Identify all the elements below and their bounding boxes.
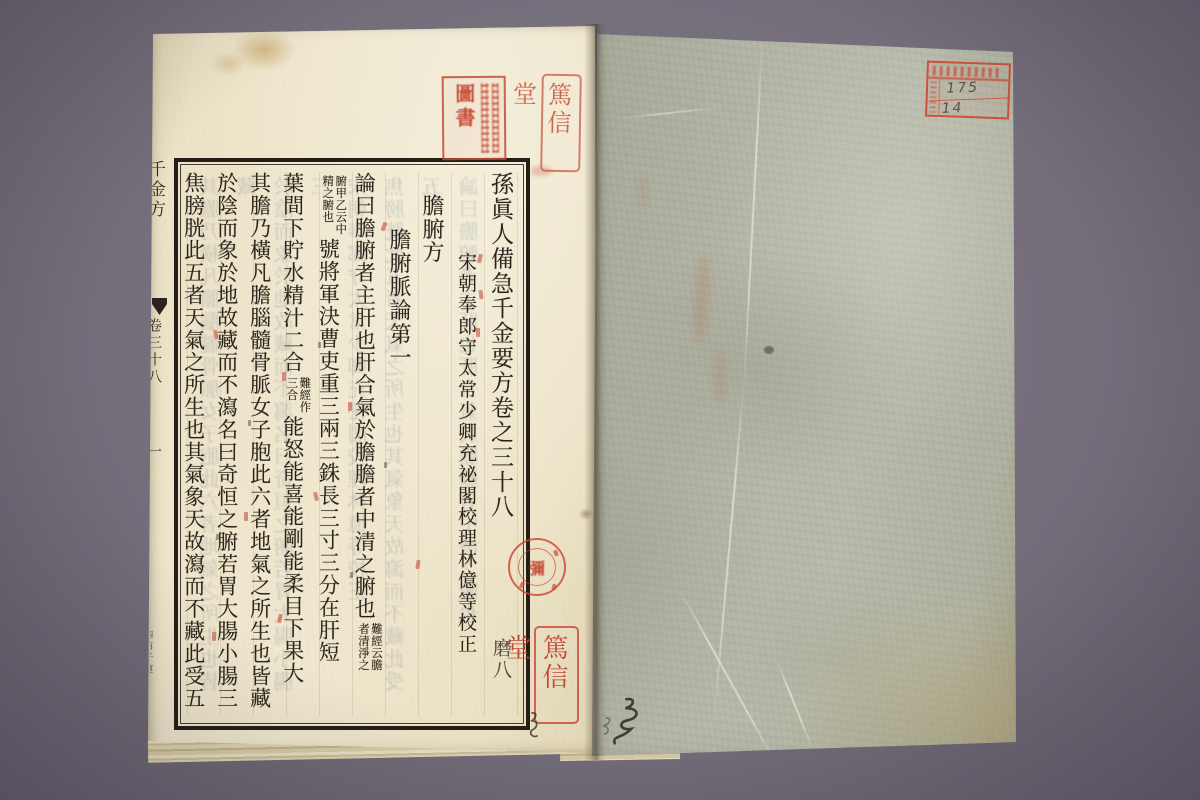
vermillion-mark [476, 328, 480, 337]
paper-crease [614, 106, 724, 119]
photo-background: 千金方 卷三十八 一 四百千蓮 其膽乃橫凡膽腦髓骨脈女子胞此六者地氣之所生也皆藏… [0, 0, 1200, 800]
seal-script-pattern [491, 83, 499, 153]
banxin-colophon: 四百千蓮 [150, 630, 155, 676]
kunten-mark [248, 420, 251, 426]
vermillion-mark [212, 632, 216, 641]
round-date-stamp: 彌 [508, 538, 566, 596]
accession-number-bottom: 14 [926, 98, 1009, 121]
volume-title: 孫眞人備急千金要方卷之三十八 [488, 172, 513, 519]
paper-crease [677, 587, 781, 772]
kunten-mark [216, 534, 219, 540]
kunten-mark [384, 462, 387, 468]
seal-ink-bleed [530, 166, 552, 176]
library-seal-text: 圖書 [449, 83, 479, 153]
body-column-2: 腑甲乙云中精之腑也號將軍決曹吏重三兩三銖長三寸三分在肝短 [311, 172, 347, 716]
paper-crease [713, 382, 745, 721]
interlinear-note: 腑甲乙云中精之腑也 [320, 175, 346, 235]
kunten-mark [318, 342, 321, 348]
body-column-1: 論曰膽腑者主肝也肝合氣於膽膽者中清之腑也難經云膽者清淨之 [347, 172, 383, 716]
fishtail-mark [152, 298, 167, 315]
interlinear-note: 難經作三合 [284, 377, 310, 413]
ink-mark-small [524, 710, 544, 742]
left-page: 千金方 卷三十八 一 四百千蓮 其膽乃橫凡膽腦髓骨脈女子胞此六者地氣之所生也皆藏… [146, 22, 600, 758]
section-heading: 膽腑方 [416, 172, 449, 716]
banxin-volume: 卷三十八 [150, 318, 163, 386]
library-seal: 圖書 [442, 76, 507, 161]
accession-stamp: 175 14 [925, 61, 1011, 120]
body-column-6: 焦膀胱此五者天氣之所生也其氣象天故瀉而不藏此受五 [177, 172, 210, 716]
paper-crease [776, 661, 813, 750]
kunten-mark [350, 572, 353, 578]
paper-crease [743, 36, 764, 396]
vermillion-mark [244, 512, 248, 521]
seal-script-pattern [481, 83, 489, 153]
round-stamp-glyph: 彌 [529, 556, 545, 579]
body-column-3: 葉間下貯水精汁二合難經作三合能怒能喜能剛能柔目下果大 [276, 172, 312, 716]
subsection-heading: 膽腑脈論第一 [383, 172, 416, 716]
right-page: 175 14 [588, 26, 1028, 764]
byline-column: 宋朝奉郎守太常少卿充祕閣校理林億等校正 [449, 172, 482, 716]
body-column-4: 其膽乃橫凡膽腦髓骨脈女子胞此六者地氣之所生也皆藏 [243, 172, 276, 716]
hall-seal-top: 篤信堂 [540, 74, 582, 173]
ink-mark-cursive [591, 691, 654, 751]
text-columns: 孫眞人備急千金要方卷之三十八 磨八 宋朝奉郎守太常少卿充祕閣校理林億等校正 膽腑… [186, 172, 518, 716]
banxin-strip: 千金方 卷三十八 一 四百千蓮 [150, 152, 171, 732]
ink-spot [764, 346, 774, 354]
red-bleed-smudge [714, 348, 726, 406]
vermillion-mark [282, 372, 286, 381]
banxin-page-number: 一 [150, 444, 163, 461]
text-frame: 其膽乃橫凡膽腦髓骨脈女子胞此六者地氣之所生也皆藏 於陰而象於地故藏而不瀉名曰奇恒… [174, 158, 530, 730]
red-bleed-smudge [638, 174, 648, 208]
vermillion-mark [348, 402, 352, 411]
red-bleed-smudge [692, 252, 713, 345]
banxin-title: 千金方 [150, 160, 168, 220]
interlinear-note: 難經云膽者清淨之 [356, 623, 382, 671]
